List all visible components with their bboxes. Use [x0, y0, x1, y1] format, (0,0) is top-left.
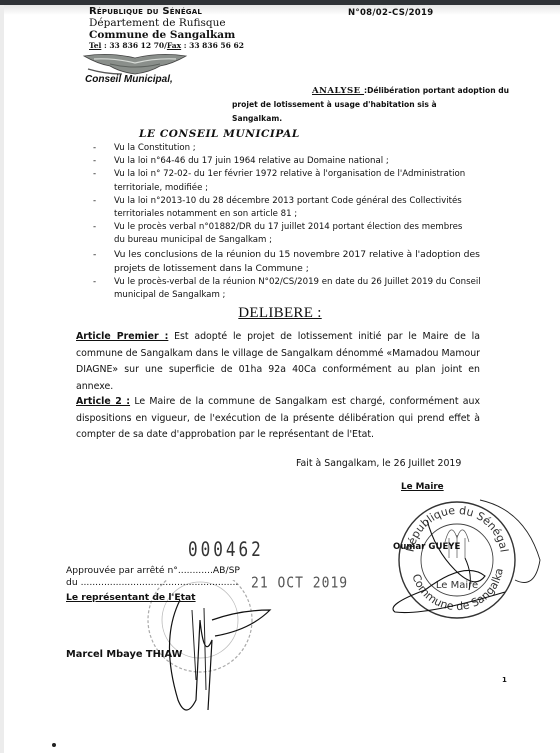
article-label: Article 2 : — [76, 396, 130, 407]
mayor-name: Oumar GUEYE — [393, 542, 460, 552]
fax-value: : 33 836 56 62 — [181, 41, 244, 50]
state-representative-title: Le représentant de l'Etat — [66, 592, 196, 603]
scan-speck — [52, 743, 56, 747]
analyse-line-1: ANALYSE :Délibération portant adoption d… — [312, 84, 560, 98]
approval-date-line: du .....................................… — [66, 577, 238, 588]
viewer-top-shadow — [0, 5, 560, 15]
tel-value: : 33 836 12 70/ — [101, 41, 167, 50]
analyse-label: ANALYSE — [312, 86, 364, 96]
approval-date-stamp: 21 OCT 2019 — [251, 575, 348, 592]
place-and-date: Fait à Sangalkam, le 26 Juillet 2019 — [296, 458, 461, 469]
senegal-emblem-icon — [80, 50, 190, 76]
article-label: Article Premier : — [76, 331, 168, 342]
commune-heading: Commune de Sangalkam — [89, 29, 235, 41]
mayor-seal-icon: République du Sénégal Commune de Sangalk… — [365, 480, 545, 630]
tel-label: Tel — [89, 41, 101, 50]
council-label: Conseil Municipal, — [85, 74, 173, 85]
consideration-item: -Vu les conclusions de la réunion du 15 … — [93, 248, 499, 276]
analyse-line-3: Sangalkam. — [232, 112, 494, 126]
contact-line: Tel : 33 836 12 70/Fax : 33 836 56 62 — [89, 41, 244, 50]
fax-label: Fax — [167, 41, 181, 50]
mayor-title: Le Maire — [401, 482, 444, 492]
approval-decree-line: Approuvée par arrêté n°............AB/SP — [66, 565, 240, 576]
council-title: LE CONSEIL MUNICIPAL — [139, 128, 300, 140]
page-number: 1 — [502, 676, 507, 684]
consideration-item: -Vu la loi n°64-46 du 17 juin 1964 relat… — [93, 155, 493, 168]
department-heading: Département de Rufisque — [89, 17, 226, 29]
analyse-line-2: projet de lotissement à usage d'habitati… — [232, 98, 494, 112]
consideration-item: -Vu la Constitution ; — [93, 142, 493, 155]
reference-number: N°08/02-CS/2019 — [348, 8, 433, 18]
considerations-list: -Vu la Constitution ; -Vu la loi n°64-46… — [93, 142, 493, 302]
delibere-heading: DELIBERE : — [0, 305, 560, 322]
republic-heading: République du Sénégal — [89, 6, 202, 17]
approval-stamp-number: 000462 — [188, 538, 264, 561]
article-premier: Article Premier : Est adopté le projet d… — [76, 329, 480, 395]
consideration-item: -Vu la loi n°2013-10 du 28 décembre 2013… — [93, 195, 474, 221]
consideration-item: -Vu la loi n° 72-02- du 1er février 1972… — [93, 168, 474, 194]
consideration-item: -Vu le procès verbal n°01882/DR du 17 ju… — [93, 221, 474, 247]
page-left-edge — [0, 5, 4, 753]
article-text: Le Maire de la commune de Sangalkam est … — [76, 396, 480, 440]
consideration-item: -Vu le procès-verbal de la réunion N°02/… — [93, 276, 499, 302]
analyse-text-1: :Délibération portant adoption du — [364, 86, 509, 95]
state-representative-name: Marcel Mbaye THIAW — [66, 649, 182, 660]
article-2: Article 2 : Le Maire de la commune de Sa… — [76, 394, 480, 444]
